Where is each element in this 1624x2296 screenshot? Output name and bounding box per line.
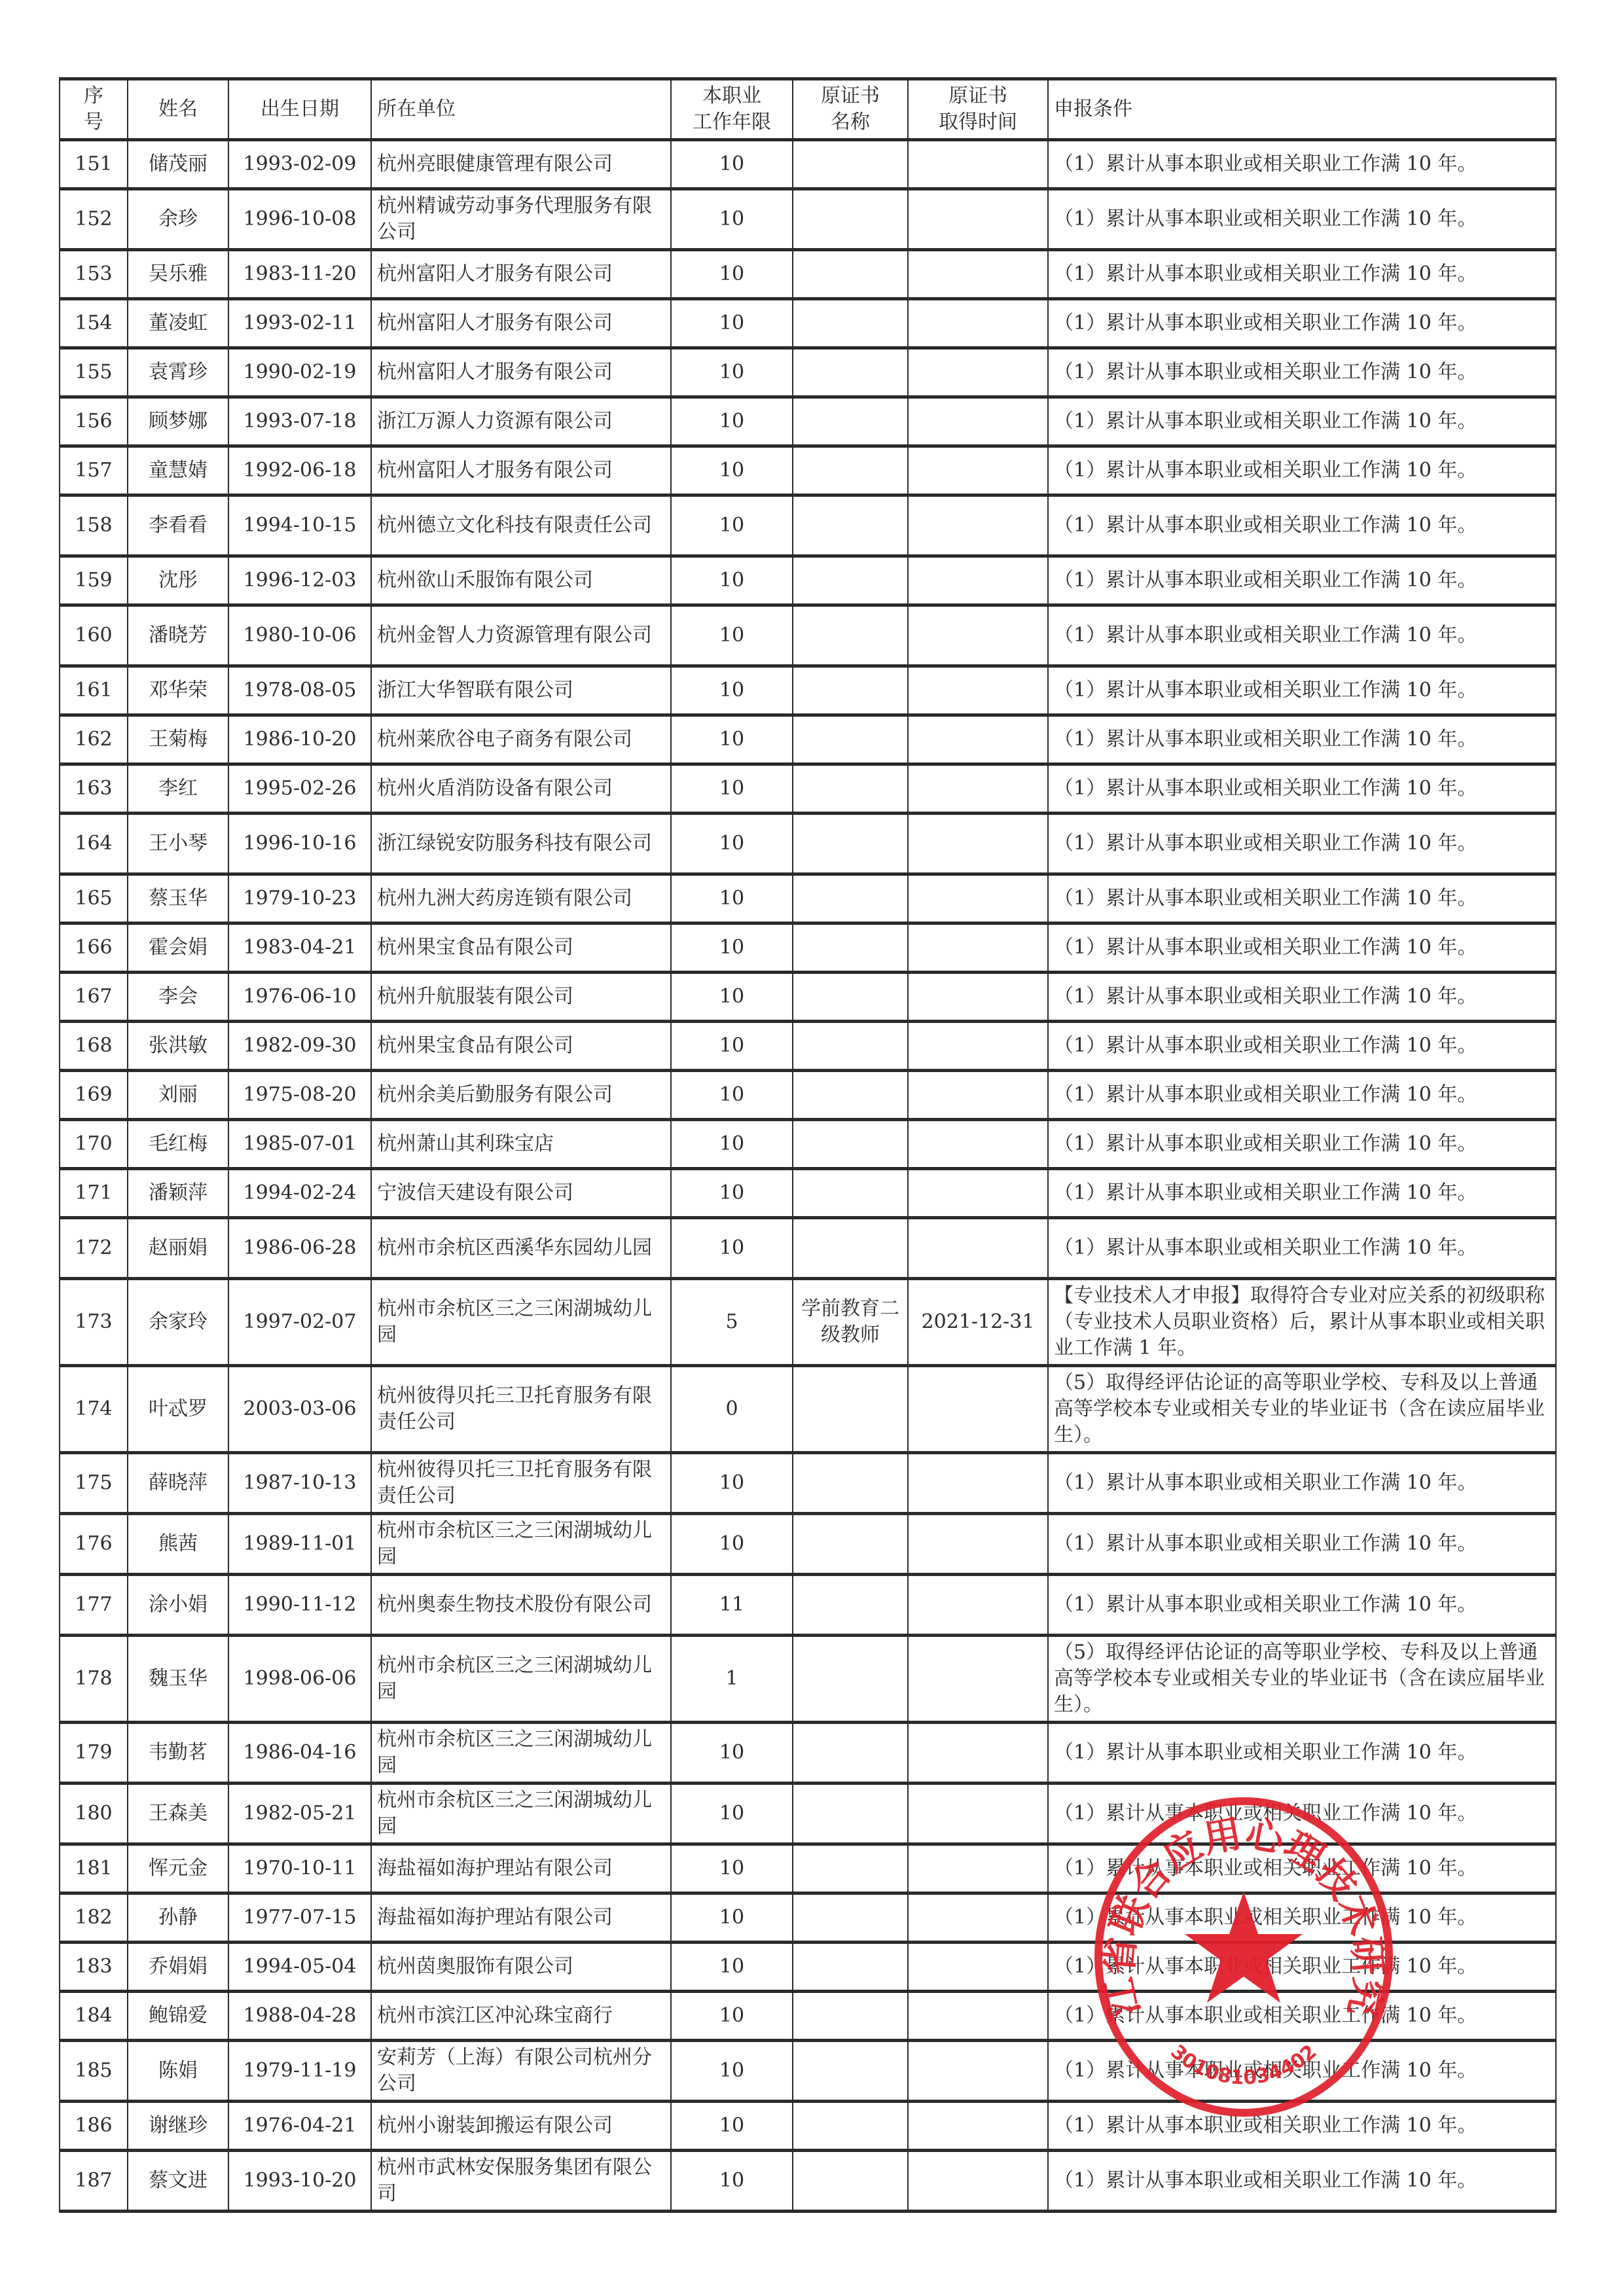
table-row: 151储茂丽1993-02-09杭州亮眼健康管理有限公司10（1）累计从事本职业…	[60, 140, 1556, 189]
cell-condition: （1）累计从事本职业或相关职业工作满 10 年。	[1048, 1943, 1556, 1992]
cell-seq: 160	[60, 605, 128, 666]
cell-name: 王菊梅	[128, 715, 228, 764]
cell-unit: 杭州萧山其利珠宝店	[371, 1120, 671, 1169]
cell-cert-name	[793, 605, 908, 666]
cell-cert-date	[908, 1723, 1048, 1784]
table-row: 157童慧婧1992-06-18杭州富阳人才服务有限公司10（1）累计从事本职业…	[60, 446, 1556, 495]
cell-condition: （1）累计从事本职业或相关职业工作满 10 年。	[1048, 1071, 1556, 1120]
header-name: 姓名	[128, 79, 228, 140]
cell-condition: （1）累计从事本职业或相关职业工作满 10 年。	[1048, 666, 1556, 715]
cell-birth: 1987-10-13	[228, 1453, 371, 1514]
cell-condition: （1）累计从事本职业或相关职业工作满 10 年。	[1048, 1514, 1556, 1575]
cell-unit: 杭州富阳人才服务有限公司	[371, 299, 671, 348]
cell-seq: 157	[60, 446, 128, 495]
cell-name: 毛红梅	[128, 1120, 228, 1169]
cell-seq: 156	[60, 397, 128, 446]
cell-cert-name	[793, 715, 908, 764]
cell-cert-date	[908, 1943, 1048, 1992]
cell-cert-date	[908, 1992, 1048, 2041]
cell-cert-name	[793, 973, 908, 1022]
table-row: 160潘晓芳1980-10-06杭州金智人力资源管理有限公司10（1）累计从事本…	[60, 605, 1556, 666]
cell-condition: （1）累计从事本职业或相关职业工作满 10 年。	[1048, 2102, 1556, 2151]
cell-cert-date	[908, 2041, 1048, 2102]
cell-unit: 浙江万源人力资源有限公司	[371, 397, 671, 446]
header-years: 本职业 工作年限	[671, 79, 793, 140]
cell-cert-date	[908, 973, 1048, 1022]
cell-unit: 杭州果宝食品有限公司	[371, 924, 671, 973]
cell-cert-date	[908, 140, 1048, 189]
cell-name: 李看看	[128, 495, 228, 556]
cell-unit: 海盐福如海护理站有限公司	[371, 1844, 671, 1893]
table-row: 171潘颖萍1994-02-24宁波信天建设有限公司10（1）累计从事本职业或相…	[60, 1169, 1556, 1218]
cell-condition: （1）累计从事本职业或相关职业工作满 10 年。	[1048, 605, 1556, 666]
cell-cert-date	[908, 1120, 1048, 1169]
table-row: 161邓华荣1978-08-05浙江大华智联有限公司10（1）累计从事本职业或相…	[60, 666, 1556, 715]
cell-name: 刘丽	[128, 1071, 228, 1120]
cell-unit: 杭州亮眼健康管理有限公司	[371, 140, 671, 189]
cell-unit: 宁波信天建设有限公司	[371, 1169, 671, 1218]
table-row: 177涂小娟1990-11-12杭州奥泰生物技术股份有限公司11（1）累计从事本…	[60, 1575, 1556, 1636]
cell-unit: 杭州茵奥服饰有限公司	[371, 1943, 671, 1992]
cell-cert-name	[793, 1723, 908, 1784]
cell-cert-name	[793, 1120, 908, 1169]
table-row: 156顾梦娜1993-07-18浙江万源人力资源有限公司10（1）累计从事本职业…	[60, 397, 1556, 446]
cell-seq: 159	[60, 556, 128, 605]
cell-cert-date	[908, 666, 1048, 715]
cell-birth: 1977-07-15	[228, 1893, 371, 1943]
cell-cert-date	[908, 189, 1048, 250]
cell-condition: （1）累计从事本职业或相关职业工作满 10 年。	[1048, 764, 1556, 814]
cell-seq: 173	[60, 1279, 128, 1366]
cell-condition: （1）累计从事本职业或相关职业工作满 10 年。	[1048, 1723, 1556, 1784]
cell-seq: 174	[60, 1366, 128, 1453]
cell-name: 鲍锦爱	[128, 1992, 228, 2041]
cell-unit: 杭州市余杭区西溪华东园幼儿园	[371, 1218, 671, 1279]
cell-name: 魏玉华	[128, 1636, 228, 1723]
cell-name: 李红	[128, 764, 228, 814]
cell-cert-name	[793, 924, 908, 973]
cell-cert-date	[908, 1022, 1048, 1071]
cell-years: 10	[671, 556, 793, 605]
cell-seq: 167	[60, 973, 128, 1022]
cell-unit: 杭州富阳人才服务有限公司	[371, 446, 671, 495]
table-row: 173余家玲1997-02-07杭州市余杭区三之三闲湖城幼儿园5学前教育二级教师…	[60, 1279, 1556, 1366]
cell-name: 顾梦娜	[128, 397, 228, 446]
cell-seq: 175	[60, 1453, 128, 1514]
cell-years: 10	[671, 605, 793, 666]
cell-cert-date	[908, 715, 1048, 764]
cell-cert-date	[908, 605, 1048, 666]
cell-years: 10	[671, 1120, 793, 1169]
cell-cert-date	[908, 1844, 1048, 1893]
cell-years: 10	[671, 2041, 793, 2102]
cell-birth: 1978-08-05	[228, 666, 371, 715]
cell-birth: 1989-11-01	[228, 1514, 371, 1575]
cell-birth: 1993-07-18	[228, 397, 371, 446]
cell-condition: （1）累计从事本职业或相关职业工作满 10 年。	[1048, 2151, 1556, 2212]
cell-cert-name	[793, 556, 908, 605]
cell-birth: 1993-02-09	[228, 140, 371, 189]
table-row: 178魏玉华1998-06-06杭州市余杭区三之三闲湖城幼儿园1（5）取得经评估…	[60, 1636, 1556, 1723]
cell-unit: 杭州市武林安保服务集团有限公司	[371, 2151, 671, 2212]
cell-name: 蔡文进	[128, 2151, 228, 2212]
cell-unit: 杭州彼得贝托三卫托育服务有限责任公司	[371, 1453, 671, 1514]
table-row: 185陈娟1979-11-19安莉芳（上海）有限公司杭州分公司10（1）累计从事…	[60, 2041, 1556, 2102]
cell-birth: 1979-11-19	[228, 2041, 371, 2102]
cell-unit: 杭州精诚劳动事务代理服务有限公司	[371, 189, 671, 250]
cell-birth: 1986-04-16	[228, 1723, 371, 1784]
cell-name: 蔡玉华	[128, 874, 228, 924]
cell-cert-name	[793, 189, 908, 250]
cell-seq: 170	[60, 1120, 128, 1169]
cell-years: 10	[671, 1514, 793, 1575]
table-row: 162王菊梅1986-10-20杭州莱欣谷电子商务有限公司10（1）累计从事本职…	[60, 715, 1556, 764]
cell-condition: （1）累计从事本职业或相关职业工作满 10 年。	[1048, 189, 1556, 250]
cell-birth: 1992-06-18	[228, 446, 371, 495]
cell-birth: 1986-06-28	[228, 1218, 371, 1279]
cell-name: 陈娟	[128, 2041, 228, 2102]
cell-condition: （1）累计从事本职业或相关职业工作满 10 年。	[1048, 397, 1556, 446]
cell-condition: （1）累计从事本职业或相关职业工作满 10 年。	[1048, 1784, 1556, 1844]
table-row: 174叶忒罗2003-03-06杭州彼得贝托三卫托育服务有限责任公司0（5）取得…	[60, 1366, 1556, 1453]
cell-years: 10	[671, 715, 793, 764]
cell-birth: 1979-10-23	[228, 874, 371, 924]
cell-birth: 1975-08-20	[228, 1071, 371, 1120]
cell-name: 潘颖萍	[128, 1169, 228, 1218]
cell-cert-name	[793, 666, 908, 715]
cell-condition: （1）累计从事本职业或相关职业工作满 10 年。	[1048, 140, 1556, 189]
cell-seq: 166	[60, 924, 128, 973]
cell-birth: 1983-04-21	[228, 924, 371, 973]
cell-seq: 165	[60, 874, 128, 924]
cell-cert-date	[908, 924, 1048, 973]
cell-birth: 1988-04-28	[228, 1992, 371, 2041]
cell-years: 10	[671, 666, 793, 715]
cell-unit: 杭州市余杭区三之三闲湖城幼儿园	[371, 1636, 671, 1723]
cell-condition: （1）累计从事本职业或相关职业工作满 10 年。	[1048, 1893, 1556, 1943]
cell-years: 10	[671, 189, 793, 250]
cell-years: 10	[671, 1169, 793, 1218]
cell-name: 熊茜	[128, 1514, 228, 1575]
cell-cert-name	[793, 1453, 908, 1514]
cell-seq: 186	[60, 2102, 128, 2151]
cell-cert-name	[793, 2041, 908, 2102]
cell-unit: 杭州九洲大药房连锁有限公司	[371, 874, 671, 924]
cell-years: 10	[671, 1992, 793, 2041]
cell-condition: （1）累计从事本职业或相关职业工作满 10 年。	[1048, 1992, 1556, 2041]
cell-years: 10	[671, 1943, 793, 1992]
header-condition: 申报条件	[1048, 79, 1556, 140]
cell-birth: 1994-02-24	[228, 1169, 371, 1218]
cell-cert-name	[793, 495, 908, 556]
header-birth: 出生日期	[228, 79, 371, 140]
table-row: 176熊茜1989-11-01杭州市余杭区三之三闲湖城幼儿园10（1）累计从事本…	[60, 1514, 1556, 1575]
cell-unit: 杭州欲山禾服饰有限公司	[371, 556, 671, 605]
cell-condition: （1）累计从事本职业或相关职业工作满 10 年。	[1048, 874, 1556, 924]
cell-years: 10	[671, 1218, 793, 1279]
cell-condition: （1）累计从事本职业或相关职业工作满 10 年。	[1048, 1453, 1556, 1514]
cell-unit: 杭州小谢装卸搬运有限公司	[371, 2102, 671, 2151]
cell-unit: 杭州莱欣谷电子商务有限公司	[371, 715, 671, 764]
cell-birth: 1993-02-11	[228, 299, 371, 348]
cell-cert-date	[908, 495, 1048, 556]
cell-cert-date	[908, 874, 1048, 924]
cell-birth: 1995-02-26	[228, 764, 371, 814]
cell-cert-date	[908, 1366, 1048, 1453]
cell-unit: 杭州果宝食品有限公司	[371, 1022, 671, 1071]
cell-seq: 168	[60, 1022, 128, 1071]
cell-name: 邓华荣	[128, 666, 228, 715]
cell-birth: 1985-07-01	[228, 1120, 371, 1169]
cell-cert-date	[908, 1636, 1048, 1723]
cell-birth: 1970-10-11	[228, 1844, 371, 1893]
cell-unit: 杭州市滨江区冲沁珠宝商行	[371, 1992, 671, 2041]
cell-unit: 杭州彼得贝托三卫托育服务有限责任公司	[371, 1366, 671, 1453]
cell-condition: （1）累计从事本职业或相关职业工作满 10 年。	[1048, 814, 1556, 874]
cell-cert-name	[793, 1943, 908, 1992]
table-row: 167李会1976-06-10杭州升航服装有限公司10（1）累计从事本职业或相关…	[60, 973, 1556, 1022]
cell-condition: （1）累计从事本职业或相关职业工作满 10 年。	[1048, 1169, 1556, 1218]
cell-cert-name	[793, 348, 908, 397]
cell-cert-name	[793, 299, 908, 348]
cell-condition: （5）取得经评估论证的高等职业学校、专科及以上普通高等学校本专业或相关专业的毕业…	[1048, 1636, 1556, 1723]
cell-seq: 161	[60, 666, 128, 715]
cell-condition: （1）累计从事本职业或相关职业工作满 10 年。	[1048, 556, 1556, 605]
cell-years: 1	[671, 1636, 793, 1723]
cell-seq: 155	[60, 348, 128, 397]
table-row: 183乔娟娟1994-05-04杭州茵奥服饰有限公司10（1）累计从事本职业或相…	[60, 1943, 1556, 1992]
cell-unit: 杭州金智人力资源管理有限公司	[371, 605, 671, 666]
cell-cert-name	[793, 140, 908, 189]
cell-cert-date	[908, 1169, 1048, 1218]
cell-name: 霍会娟	[128, 924, 228, 973]
cell-cert-name	[793, 1992, 908, 2041]
cell-condition: （1）累计从事本职业或相关职业工作满 10 年。	[1048, 1575, 1556, 1636]
cell-name: 韦勤茗	[128, 1723, 228, 1784]
cell-years: 0	[671, 1366, 793, 1453]
cell-birth: 1993-10-20	[228, 2151, 371, 2212]
cell-cert-name	[793, 1022, 908, 1071]
cell-cert-date	[908, 764, 1048, 814]
cell-years: 10	[671, 814, 793, 874]
cell-years: 10	[671, 397, 793, 446]
cell-years: 10	[671, 924, 793, 973]
cell-seq: 184	[60, 1992, 128, 2041]
cell-birth: 2003-03-06	[228, 1366, 371, 1453]
table-row: 179韦勤茗1986-04-16杭州市余杭区三之三闲湖城幼儿园10（1）累计从事…	[60, 1723, 1556, 1784]
table-row: 164王小琴1996-10-16浙江绿锐安防服务科技有限公司10（1）累计从事本…	[60, 814, 1556, 874]
cell-birth: 1982-09-30	[228, 1022, 371, 1071]
table-header-row: 序 号 姓名 出生日期 所在单位 本职业 工作年限 原证书 名称 原证书 取得时…	[60, 79, 1556, 140]
cell-name: 潘晓芳	[128, 605, 228, 666]
cell-condition: 【专业技术人才申报】取得符合专业对应关系的初级职称（专业技术人员职业资格）后，累…	[1048, 1279, 1556, 1366]
cell-unit: 杭州市余杭区三之三闲湖城幼儿园	[371, 1279, 671, 1366]
cell-birth: 1994-05-04	[228, 1943, 371, 1992]
cell-seq: 181	[60, 1844, 128, 1893]
cell-cert-name	[793, 446, 908, 495]
cell-seq: 187	[60, 2151, 128, 2212]
cell-cert-name: 学前教育二级教师	[793, 1279, 908, 1366]
cell-birth: 1996-12-03	[228, 556, 371, 605]
table-row: 175薛晓萍1987-10-13杭州彼得贝托三卫托育服务有限责任公司10（1）累…	[60, 1453, 1556, 1514]
cell-cert-date	[908, 250, 1048, 299]
cell-years: 10	[671, 446, 793, 495]
cell-unit: 杭州德立文化科技有限责任公司	[371, 495, 671, 556]
cell-cert-date	[908, 814, 1048, 874]
cell-cert-date	[908, 1784, 1048, 1844]
cell-name: 储茂丽	[128, 140, 228, 189]
cell-cert-name	[793, 2102, 908, 2151]
table-row: 172赵丽娟1986-06-28杭州市余杭区西溪华东园幼儿园10（1）累计从事本…	[60, 1218, 1556, 1279]
table-row: 170毛红梅1985-07-01杭州萧山其利珠宝店10（1）累计从事本职业或相关…	[60, 1120, 1556, 1169]
table-row: 155袁霄珍1990-02-19杭州富阳人才服务有限公司10（1）累计从事本职业…	[60, 348, 1556, 397]
cell-years: 10	[671, 1784, 793, 1844]
cell-seq: 163	[60, 764, 128, 814]
cell-unit: 杭州富阳人才服务有限公司	[371, 348, 671, 397]
cell-years: 10	[671, 140, 793, 189]
cell-years: 10	[671, 250, 793, 299]
cell-cert-name	[793, 250, 908, 299]
cell-unit: 杭州余美后勤服务有限公司	[371, 1071, 671, 1120]
cell-years: 5	[671, 1279, 793, 1366]
cell-cert-date: 2021-12-31	[908, 1279, 1048, 1366]
cell-condition: （1）累计从事本职业或相关职业工作满 10 年。	[1048, 1844, 1556, 1893]
cell-cert-date	[908, 397, 1048, 446]
cell-birth: 1976-06-10	[228, 973, 371, 1022]
cell-seq: 172	[60, 1218, 128, 1279]
cell-seq: 151	[60, 140, 128, 189]
cell-unit: 杭州市余杭区三之三闲湖城幼儿园	[371, 1723, 671, 1784]
cell-condition: （1）累计从事本职业或相关职业工作满 10 年。	[1048, 495, 1556, 556]
cell-cert-name	[793, 874, 908, 924]
cell-birth: 1982-05-21	[228, 1784, 371, 1844]
cell-cert-date	[908, 1575, 1048, 1636]
cell-years: 11	[671, 1575, 793, 1636]
table-row: 152余珍1996-10-08杭州精诚劳动事务代理服务有限公司10（1）累计从事…	[60, 189, 1556, 250]
cell-seq: 180	[60, 1784, 128, 1844]
cell-condition: （1）累计从事本职业或相关职业工作满 10 年。	[1048, 924, 1556, 973]
cell-cert-name	[793, 1636, 908, 1723]
cell-years: 10	[671, 1453, 793, 1514]
cell-years: 10	[671, 2151, 793, 2212]
cell-name: 涂小娟	[128, 1575, 228, 1636]
cell-seq: 177	[60, 1575, 128, 1636]
cell-unit: 海盐福如海护理站有限公司	[371, 1893, 671, 1943]
table-row: 187蔡文进1993-10-20杭州市武林安保服务集团有限公司10（1）累计从事…	[60, 2151, 1556, 2212]
table-body: 151储茂丽1993-02-09杭州亮眼健康管理有限公司10（1）累计从事本职业…	[60, 140, 1556, 2212]
cell-cert-date	[908, 446, 1048, 495]
cell-name: 袁霄珍	[128, 348, 228, 397]
cell-unit: 浙江绿锐安防服务科技有限公司	[371, 814, 671, 874]
table-row: 186谢继珍1976-04-21杭州小谢装卸搬运有限公司10（1）累计从事本职业…	[60, 2102, 1556, 2151]
cell-cert-name	[793, 1366, 908, 1453]
cell-cert-name	[793, 2151, 908, 2212]
table-row: 158李看看1994-10-15杭州德立文化科技有限责任公司10（1）累计从事本…	[60, 495, 1556, 556]
cell-name: 董凌虹	[128, 299, 228, 348]
cell-cert-date	[908, 1514, 1048, 1575]
cell-cert-name	[793, 764, 908, 814]
cell-name: 乔娟娟	[128, 1943, 228, 1992]
cell-condition: （1）累计从事本职业或相关职业工作满 10 年。	[1048, 299, 1556, 348]
cell-years: 10	[671, 2102, 793, 2151]
cell-years: 10	[671, 348, 793, 397]
cell-unit: 杭州富阳人才服务有限公司	[371, 250, 671, 299]
cell-birth: 1990-02-19	[228, 348, 371, 397]
cell-condition: （1）累计从事本职业或相关职业工作满 10 年。	[1048, 446, 1556, 495]
table-row: 154董凌虹1993-02-11杭州富阳人才服务有限公司10（1）累计从事本职业…	[60, 299, 1556, 348]
cell-cert-name	[793, 1514, 908, 1575]
cell-name: 吴乐雅	[128, 250, 228, 299]
cell-name: 赵丽娟	[128, 1218, 228, 1279]
cell-birth: 1990-11-12	[228, 1575, 371, 1636]
table-row: 166霍会娟1983-04-21杭州果宝食品有限公司10（1）累计从事本职业或相…	[60, 924, 1556, 973]
header-cert-name: 原证书 名称	[793, 79, 908, 140]
cell-condition: （1）累计从事本职业或相关职业工作满 10 年。	[1048, 250, 1556, 299]
cell-name: 王森美	[128, 1784, 228, 1844]
cell-condition: （1）累计从事本职业或相关职业工作满 10 年。	[1048, 715, 1556, 764]
cell-condition: （1）累计从事本职业或相关职业工作满 10 年。	[1048, 348, 1556, 397]
cell-name: 叶忒罗	[128, 1366, 228, 1453]
cell-cert-name	[793, 1844, 908, 1893]
cell-years: 10	[671, 1071, 793, 1120]
cell-unit: 杭州升航服装有限公司	[371, 973, 671, 1022]
cell-cert-date	[908, 2102, 1048, 2151]
cell-birth: 1997-02-07	[228, 1279, 371, 1366]
table-row: 169刘丽1975-08-20杭州余美后勤服务有限公司10（1）累计从事本职业或…	[60, 1071, 1556, 1120]
table-row: 168张洪敏1982-09-30杭州果宝食品有限公司10（1）累计从事本职业或相…	[60, 1022, 1556, 1071]
cell-condition: （1）累计从事本职业或相关职业工作满 10 年。	[1048, 1022, 1556, 1071]
cell-cert-date	[908, 1218, 1048, 1279]
cell-name: 余家玲	[128, 1279, 228, 1366]
cell-condition: （5）取得经评估论证的高等职业学校、专科及以上普通高等学校本专业或相关专业的毕业…	[1048, 1366, 1556, 1453]
cell-condition: （1）累计从事本职业或相关职业工作满 10 年。	[1048, 2041, 1556, 2102]
cell-seq: 169	[60, 1071, 128, 1120]
table-row: 182孙静1977-07-15海盐福如海护理站有限公司10（1）累计从事本职业或…	[60, 1893, 1556, 1943]
cell-cert-name	[793, 1071, 908, 1120]
cell-seq: 154	[60, 299, 128, 348]
cell-name: 王小琴	[128, 814, 228, 874]
cell-cert-name	[793, 397, 908, 446]
table-row: 180王森美1982-05-21杭州市余杭区三之三闲湖城幼儿园10（1）累计从事…	[60, 1784, 1556, 1844]
cell-cert-name	[793, 1784, 908, 1844]
cell-years: 10	[671, 495, 793, 556]
cell-birth: 1994-10-15	[228, 495, 371, 556]
cell-years: 10	[671, 973, 793, 1022]
cell-cert-date	[908, 1453, 1048, 1514]
cell-unit: 浙江大华智联有限公司	[371, 666, 671, 715]
cell-cert-name	[793, 1169, 908, 1218]
cell-years: 10	[671, 874, 793, 924]
cell-birth: 1998-06-06	[228, 1636, 371, 1723]
cell-name: 张洪敏	[128, 1022, 228, 1071]
cell-seq: 152	[60, 189, 128, 250]
cell-cert-name	[793, 1575, 908, 1636]
cell-cert-date	[908, 348, 1048, 397]
cell-cert-name	[793, 814, 908, 874]
table-row: 181恽元金1970-10-11海盐福如海护理站有限公司10（1）累计从事本职业…	[60, 1844, 1556, 1893]
cell-years: 10	[671, 299, 793, 348]
cell-name: 沈彤	[128, 556, 228, 605]
table-row: 153吴乐雅1983-11-20杭州富阳人才服务有限公司10（1）累计从事本职业…	[60, 250, 1556, 299]
header-cert-date: 原证书 取得时间	[908, 79, 1048, 140]
cell-cert-date	[908, 1893, 1048, 1943]
cell-seq: 178	[60, 1636, 128, 1723]
table-row: 159沈彤1996-12-03杭州欲山禾服饰有限公司10（1）累计从事本职业或相…	[60, 556, 1556, 605]
table-row: 165蔡玉华1979-10-23杭州九洲大药房连锁有限公司10（1）累计从事本职…	[60, 874, 1556, 924]
cell-unit: 杭州奥泰生物技术股份有限公司	[371, 1575, 671, 1636]
roster-table: 序 号 姓名 出生日期 所在单位 本职业 工作年限 原证书 名称 原证书 取得时…	[59, 77, 1557, 2213]
cell-birth: 1983-11-20	[228, 250, 371, 299]
